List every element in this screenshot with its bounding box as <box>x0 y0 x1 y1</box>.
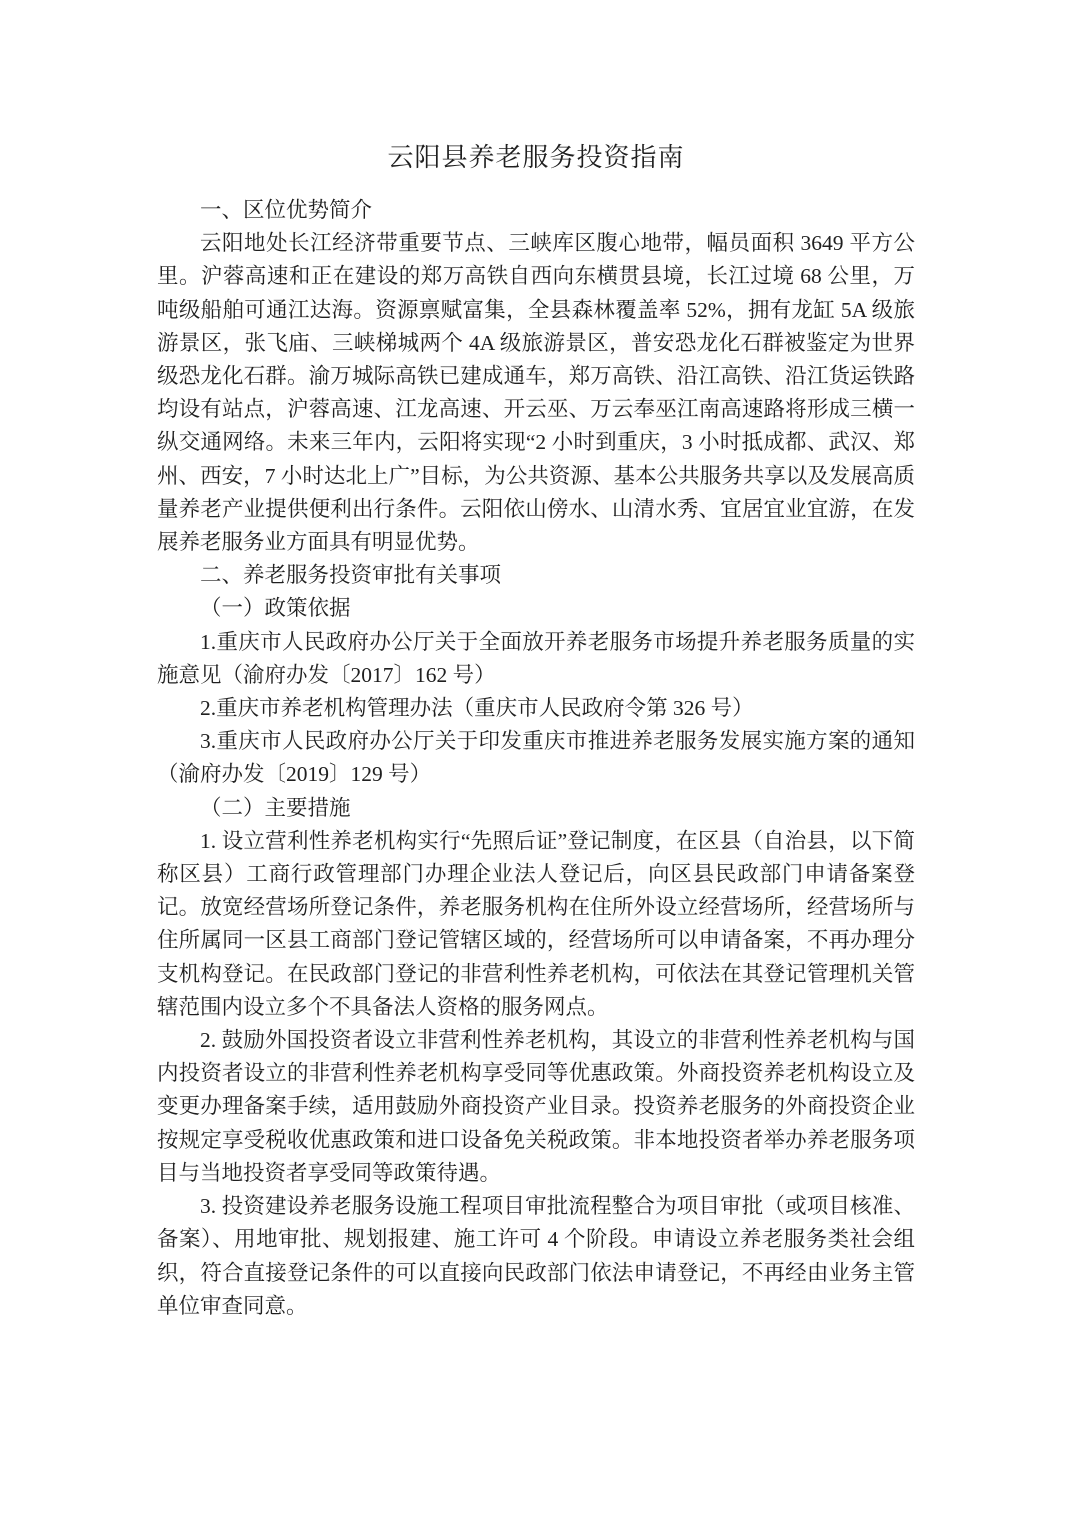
document-title: 云阳县养老服务投资指南 <box>157 136 915 179</box>
section-1-body: 云阳地处长江经济带重要节点、三峡库区腹心地带，幅员面积 3649 平方公里。沪蓉… <box>157 227 915 559</box>
measure-item-3: 3. 投资建设养老服务设施工程项目审批流程整合为项目审批（或项目核准、备案）、用… <box>157 1190 915 1323</box>
document-page: 云阳县养老服务投资指南 一、区位优势简介 云阳地处长江经济带重要节点、三峡库区腹… <box>0 0 1074 1520</box>
subsection-2-2-heading: （二）主要措施 <box>157 792 915 825</box>
measure-item-1: 1. 设立营利性养老机构实行“先照后证”登记制度，在区县（自治县，以下简称区县）… <box>157 825 915 1024</box>
section-2-heading: 二、养老服务投资审批有关事项 <box>157 559 915 592</box>
measure-item-2: 2. 鼓励外国投资者设立非营利性养老机构，其设立的非营利性养老机构与国内投资者设… <box>157 1024 915 1190</box>
policy-item-2: 2.重庆市养老机构管理办法（重庆市人民政府令第 326 号） <box>157 692 915 725</box>
subsection-2-1-heading: （一）政策依据 <box>157 592 915 625</box>
section-1-heading: 一、区位优势简介 <box>157 194 915 227</box>
policy-item-1: 1.重庆市人民政府办公厅关于全面放开养老服务市场提升养老服务质量的实施意见（渝府… <box>157 626 915 692</box>
policy-item-3: 3.重庆市人民政府办公厅关于印发重庆市推进养老服务发展实施方案的通知（渝府办发〔… <box>157 725 915 791</box>
